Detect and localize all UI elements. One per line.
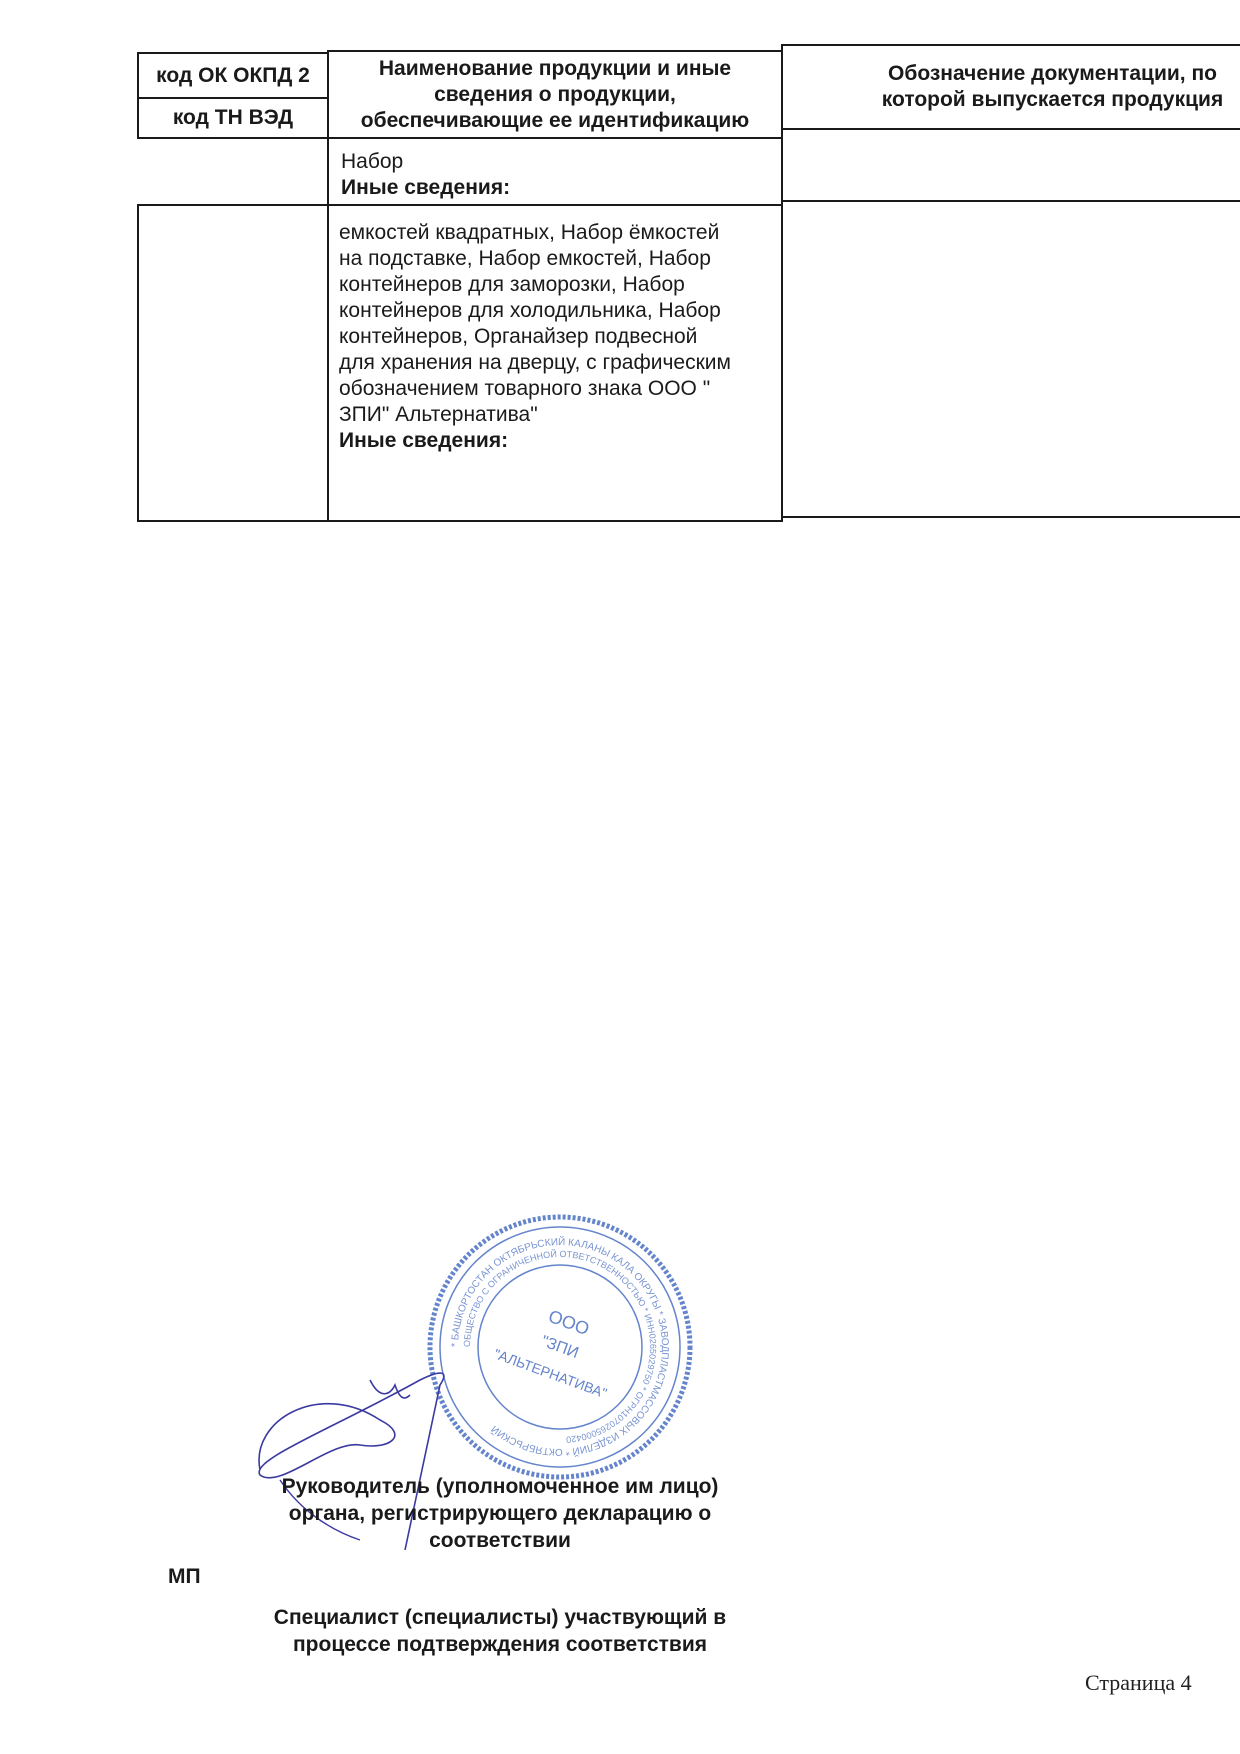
table-row-2-code <box>137 204 329 522</box>
table-row-1-doc <box>781 128 1240 208</box>
seal-place-label: МП <box>168 1565 201 1589</box>
page-number: Страница 4 <box>1085 1670 1192 1696</box>
product-name-line: контейнеров для заморозки, Набор <box>339 272 781 298</box>
caption-line: органа, регистрирующего декларацию о <box>250 1500 750 1527</box>
header-name-line: Наименование продукции и иные <box>379 56 731 82</box>
svg-text:"АЛЬТЕРНАТИВА": "АЛЬТЕРНАТИВА" <box>492 1345 609 1401</box>
product-name-line: контейнеров для холодильника, Набор <box>339 298 781 324</box>
product-name-line: ЗПИ" Альтернатива" <box>339 402 781 428</box>
other-info-label: Иные сведения: <box>339 428 781 454</box>
header-tnved-code: код ТН ВЭД <box>137 97 329 139</box>
header-doc-line: Обозначение документации, по <box>888 61 1217 87</box>
specialist-signature-caption: Специалист (специалисты) участвующий в п… <box>250 1604 750 1658</box>
svg-text:ООО: ООО <box>546 1306 592 1339</box>
head-signature-caption: Руководитель (уполномоченное им лицо) ор… <box>250 1473 750 1554</box>
product-name-line: на подставке, Набор емкостей, Набор <box>339 246 781 272</box>
svg-text:"ЗПИ: "ЗПИ <box>539 1333 581 1362</box>
header-doc-line: которой выпускается продукция <box>882 87 1223 113</box>
table-row-2-doc <box>781 200 1240 518</box>
product-name-line: контейнеров, Органайзер подвесной <box>339 324 781 350</box>
table-row-2-name: емкостей квадратных, Набор ёмкостей на п… <box>327 204 783 522</box>
product-name-line: емкостей квадратных, Набор ёмкостей <box>339 220 781 246</box>
table-row-1-name: Набор Иные сведения: <box>327 137 783 207</box>
header-name-line: сведения о продукции, <box>434 82 676 108</box>
product-name-line: Набор <box>341 149 781 175</box>
header-name-line: обеспечивающие ее идентификацию <box>361 108 749 134</box>
header-documentation: Обозначение документации, по которой вып… <box>781 44 1240 130</box>
caption-line: Руководитель (уполномоченное им лицо) <box>250 1473 750 1500</box>
caption-line: процессе подтверждения соответствия <box>250 1631 750 1658</box>
product-name-line: обозначением товарного знака ООО " <box>339 376 781 402</box>
other-info-label: Иные сведения: <box>341 175 781 201</box>
caption-line: соответствии <box>250 1527 750 1554</box>
header-okpd-code: код ОК ОКПД 2 <box>137 52 329 99</box>
header-product-name: Наименование продукции и иные сведения о… <box>327 50 783 139</box>
product-name-line: для хранения на дверцу, с графическим <box>339 350 781 376</box>
caption-line: Специалист (специалисты) участвующий в <box>250 1604 750 1631</box>
